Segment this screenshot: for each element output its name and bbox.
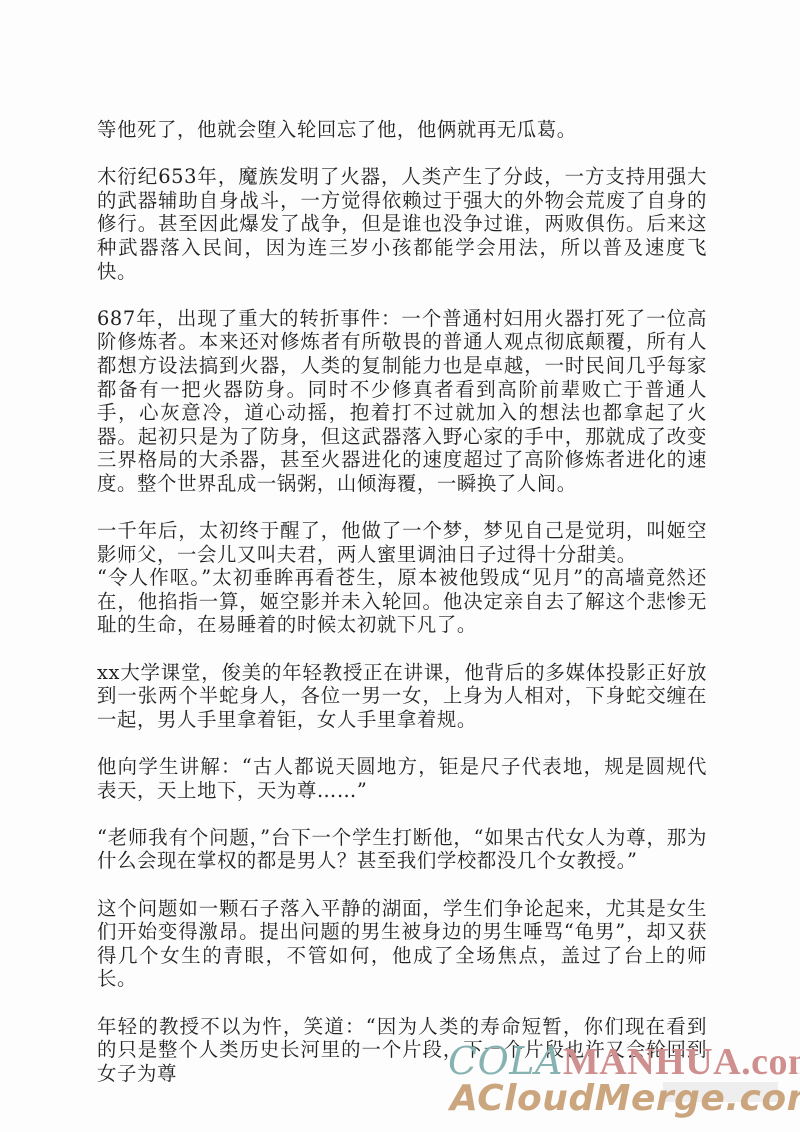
watermark-acloudmerge-text: ACloudMerge.com: [450, 1078, 800, 1120]
watermark-cola-text: COLA: [448, 1039, 563, 1083]
watermark-manhua-text: MANHUA.com: [563, 1041, 800, 1083]
watermark-colamanhua: COLAMANHUA.com: [448, 1040, 800, 1083]
paragraph-6: xx大学课堂，俊美的年轻教授正在讲课，他背后的多媒体投影正好放到一张两个半蛇身人…: [97, 661, 707, 732]
paragraph-3: 687年，出现了重大的转折事件：一个普通村妇用火器打死了一位高阶修炼者。本来还对…: [97, 307, 707, 496]
paragraph-4: 一千年后，太初终于醒了，他做了一个梦，梦见自己是觉玥，叫姬空影师父，一会儿又叫夫…: [97, 519, 707, 566]
paragraph-1: 等他死了，他就会堕入轮回忘了他，他俩就再无瓜葛。: [97, 118, 707, 142]
text-body: 等他死了，他就会堕入轮回忘了他，他俩就再无瓜葛。 木衍纪653年，魔族发明了火器…: [97, 118, 707, 1109]
paragraph-9: 这个问题如一颗石子落入平静的湖面，学生们争论起来，尤其是女生们开始变得激昂。提出…: [97, 897, 707, 991]
paragraph-2: 木衍纪653年，魔族发明了火器，人类产生了分歧，一方支持用强大的武器辅助自身战斗…: [97, 165, 707, 283]
watermark: COLAMANHUA.com ACloudMerge.com: [448, 1040, 788, 1125]
paragraph-5: “令人作呕。”太初垂眸再看苍生，原本被他毁成“见月”的高墙竟然还在，他掐指一算，…: [97, 566, 707, 637]
paragraph-8: “老师我有个问题，”台下一个学生打断他，“如果古代女人为尊，那为什么会现在掌权的…: [97, 826, 707, 873]
document-page: 等他死了，他就会堕入轮回忘了他，他俩就再无瓜葛。 木衍纪653年，魔族发明了火器…: [0, 0, 800, 1132]
paragraph-7: 他向学生讲解：“古人都说天圆地方，钜是尺子代表地，规是圆规代表天，天上地下，天为…: [97, 755, 707, 802]
